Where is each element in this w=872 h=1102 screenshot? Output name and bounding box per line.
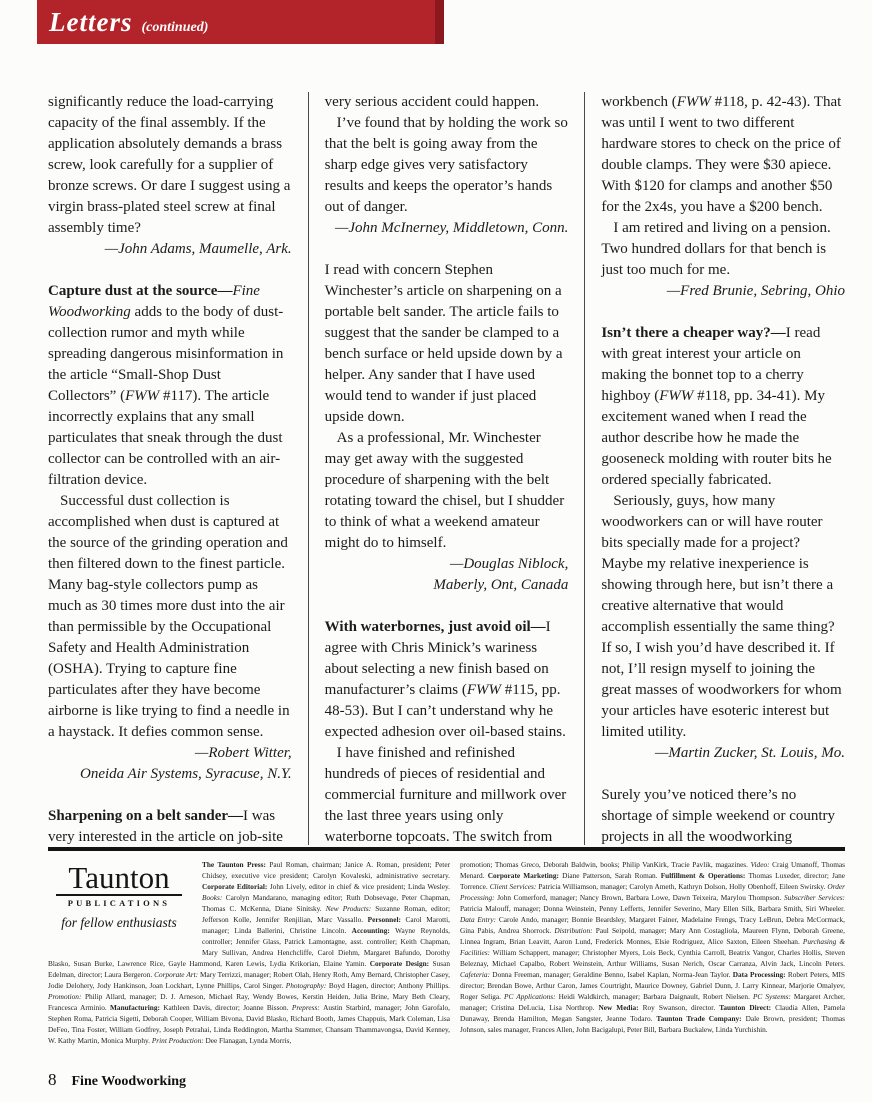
text-segment: I’ve found that by holding the work so t… bbox=[325, 115, 568, 215]
text-segment: Isn’t there a cheaper way?— bbox=[601, 325, 785, 341]
text-segment: Promotion: bbox=[48, 992, 85, 1001]
text-segment: Corporate Art: bbox=[154, 970, 200, 979]
letter-paragraph: As a professional, Mr. Winchester may ge… bbox=[325, 428, 569, 554]
text-segment: Books: bbox=[202, 893, 226, 902]
letter-paragraph: workbench (FWW #118, p. 42-43). That was… bbox=[601, 92, 845, 218]
text-segment: PC Systems: bbox=[753, 992, 794, 1001]
letter-paragraph: Successful dust collection is accomplish… bbox=[48, 491, 292, 743]
taunton-logo: Taunton PUBLICATIONS for fellow enthusia… bbox=[48, 861, 190, 946]
text-segment: Corporate Marketing: bbox=[488, 871, 562, 880]
text-segment: Prepress: bbox=[292, 1003, 323, 1012]
magazine-name: Fine Woodworking bbox=[72, 1074, 187, 1090]
taunton-logo-tagline: for fellow enthusiasts bbox=[48, 917, 190, 928]
text-segment: significantly reduce the load-carrying c… bbox=[48, 94, 290, 236]
text-segment: As a professional, Mr. Winchester may ge… bbox=[325, 430, 565, 551]
text-segment: Data Processing: bbox=[733, 970, 788, 979]
text-segment: Distribution: bbox=[554, 926, 595, 935]
page-footer: 8 Fine Woodworking bbox=[48, 1070, 186, 1090]
text-segment: Successful dust collection is accomplish… bbox=[48, 493, 290, 740]
text-segment: Personnel: bbox=[368, 915, 406, 924]
letter-paragraph: I am retired and living on a pension. Tw… bbox=[601, 218, 845, 281]
taunton-logo-publications: PUBLICATIONS bbox=[48, 898, 190, 909]
text-segment: Patricia Malouff, manager; Donna Weinste… bbox=[460, 904, 845, 913]
signature-line: Oneida Air Systems, Syracuse, N.Y. bbox=[48, 764, 292, 785]
text-segment: Manufacturing: bbox=[110, 1003, 163, 1012]
signature-line: Maberly, Ont, Canada bbox=[325, 575, 569, 596]
page-subtitle: (continued) bbox=[141, 20, 208, 35]
masthead-left-column: Taunton PUBLICATIONS for fellow enthusia… bbox=[48, 859, 450, 1046]
masthead: Taunton PUBLICATIONS for fellow enthusia… bbox=[48, 859, 845, 1046]
text-segment: I have finished and refinished hundreds … bbox=[325, 745, 567, 845]
text-segment: PC Applications: bbox=[504, 992, 559, 1001]
letter-signature: —John McInerney, Middletown, Conn. bbox=[325, 218, 569, 239]
text-segment: very serious accident could happen. bbox=[325, 94, 540, 110]
page-number: 8 bbox=[48, 1070, 57, 1090]
text-segment: Dee Flanagan, Lynda Morris, bbox=[205, 1036, 291, 1045]
magazine-page: { "page": { "banner": { "title": "Letter… bbox=[0, 0, 872, 1102]
footer-divider-rule bbox=[48, 847, 845, 851]
letter-signature: —John Adams, Maumelle, Ark. bbox=[48, 239, 292, 260]
text-segment: Taunton Direct: bbox=[719, 1003, 775, 1012]
text-segment: With waterbornes, just avoid oil— bbox=[325, 619, 546, 635]
letter-paragraph: I’ve found that by holding the work so t… bbox=[325, 113, 569, 218]
text-segment: Corporate Design: bbox=[370, 959, 433, 968]
text-segment: I am retired and living on a pension. Tw… bbox=[601, 220, 830, 278]
letters-columns: significantly reduce the load-carrying c… bbox=[48, 92, 845, 845]
text-segment: #118, p. 42-43). That was until I went t… bbox=[601, 94, 841, 215]
text-segment: Patricia Williamson, manager; Carolyn Am… bbox=[538, 882, 827, 891]
text-segment: Kathleen Davis, director; Joanne Bisson. bbox=[163, 1003, 292, 1012]
text-segment: New Media: bbox=[599, 1003, 643, 1012]
letter-column-2: very serious accident could happen.I’ve … bbox=[308, 92, 585, 845]
page-title: Letters bbox=[49, 7, 132, 37]
text-segment: FWW bbox=[659, 388, 693, 404]
signature-line: —John McInerney, Middletown, Conn. bbox=[325, 218, 569, 239]
text-segment: Donna Freeman, manager; Geraldine Benno,… bbox=[492, 970, 732, 979]
text-segment: Sharpening on a belt sander— bbox=[48, 808, 243, 824]
text-segment: Seriously, guys, how many woodworkers ca… bbox=[601, 493, 841, 740]
text-segment: Fulfillment & Operations: bbox=[661, 871, 749, 880]
letter-column-1: significantly reduce the load-carrying c… bbox=[48, 92, 308, 845]
text-segment: Surely you’ve noticed there’s no shortag… bbox=[601, 787, 835, 845]
text-segment: Taunton Trade Company: bbox=[656, 1014, 745, 1023]
text-segment: Accounting: bbox=[352, 926, 395, 935]
text-segment: New Products: bbox=[326, 904, 376, 913]
text-segment: Capture dust at the source— bbox=[48, 283, 232, 299]
letter-signature: —Fred Brunie, Sebring, Ohio bbox=[601, 281, 845, 302]
masthead-right-column: promotion; Thomas Greco, Deborah Baldwin… bbox=[460, 859, 845, 1046]
banner-text: Letters(continued) bbox=[37, 0, 444, 38]
letter-signature: —Robert Witter,Oneida Air Systems, Syrac… bbox=[48, 743, 292, 785]
signature-line: —John Adams, Maumelle, Ark. bbox=[48, 239, 292, 260]
text-segment: FWW bbox=[467, 682, 501, 698]
text-segment: William Schappert, manager; Christopher … bbox=[460, 948, 845, 968]
letter-paragraph: Sharpening on a belt sander—I was very i… bbox=[48, 806, 292, 845]
page-content: significantly reduce the load-carrying c… bbox=[48, 92, 845, 1046]
text-segment: Subscriber Services: bbox=[784, 893, 845, 902]
banner-dark-edge bbox=[435, 0, 444, 44]
letter-paragraph: I have finished and refinished hundreds … bbox=[325, 743, 569, 845]
text-segment: Diane Patterson, Sarah Roman. bbox=[562, 871, 661, 880]
text-segment: The Taunton Press: bbox=[202, 860, 269, 869]
letter-paragraph: very serious accident could happen. bbox=[325, 92, 569, 113]
text-segment: workbench ( bbox=[601, 94, 676, 110]
text-segment: Video: bbox=[751, 860, 773, 869]
text-segment: Print Production: bbox=[152, 1036, 206, 1045]
letter-signature: —Douglas Niblock,Maberly, Ont, Canada bbox=[325, 554, 569, 596]
text-segment: Photography: bbox=[286, 981, 329, 990]
text-segment: Corporate Editorial: bbox=[202, 882, 270, 891]
taunton-logo-name: Taunton bbox=[48, 862, 190, 894]
letters-header-banner: Letters(continued) bbox=[37, 0, 444, 44]
text-segment: I read with concern Stephen Winchester’s… bbox=[325, 262, 563, 425]
letter-column-3: workbench (FWW #118, p. 42-43). That was… bbox=[584, 92, 845, 845]
letter-paragraph: significantly reduce the load-carrying c… bbox=[48, 92, 292, 239]
text-segment: John Comerford, manager; Nancy Brown, Ba… bbox=[497, 893, 784, 902]
text-segment: Data Entry: bbox=[460, 915, 499, 924]
letter-paragraph: Isn’t there a cheaper way?—I read with g… bbox=[601, 323, 845, 491]
signature-line: —Robert Witter, bbox=[48, 743, 292, 764]
text-segment: Client Services: bbox=[490, 882, 539, 891]
letter-signature: —Martin Zucker, St. Louis, Mo. bbox=[601, 743, 845, 764]
text-segment: John Lively, editor in chief & vice pres… bbox=[270, 882, 450, 891]
text-segment: promotion; Thomas Greco, Deborah Baldwin… bbox=[460, 860, 751, 869]
signature-line: —Fred Brunie, Sebring, Ohio bbox=[601, 281, 845, 302]
letter-paragraph: Surely you’ve noticed there’s no shortag… bbox=[601, 785, 845, 845]
letter-paragraph: With waterbornes, just avoid oil—I agree… bbox=[325, 617, 569, 743]
text-segment: Heidi Waldkirch, manager; Barbara Daigna… bbox=[559, 992, 753, 1001]
text-segment: Roy Swanson, director. bbox=[643, 1003, 720, 1012]
text-segment: FWW bbox=[125, 388, 159, 404]
text-segment: Boyd Hagen, director; Anthony Phillips. bbox=[329, 981, 450, 990]
letter-paragraph: Seriously, guys, how many woodworkers ca… bbox=[601, 491, 845, 743]
letter-paragraph: I read with concern Stephen Winchester’s… bbox=[325, 260, 569, 428]
text-segment: Cafeteria: bbox=[460, 970, 492, 979]
text-segment: FWW bbox=[677, 94, 711, 110]
signature-line: —Douglas Niblock, bbox=[325, 554, 569, 575]
letter-paragraph: Capture dust at the source—Fine Woodwork… bbox=[48, 281, 292, 491]
signature-line: —Martin Zucker, St. Louis, Mo. bbox=[601, 743, 845, 764]
